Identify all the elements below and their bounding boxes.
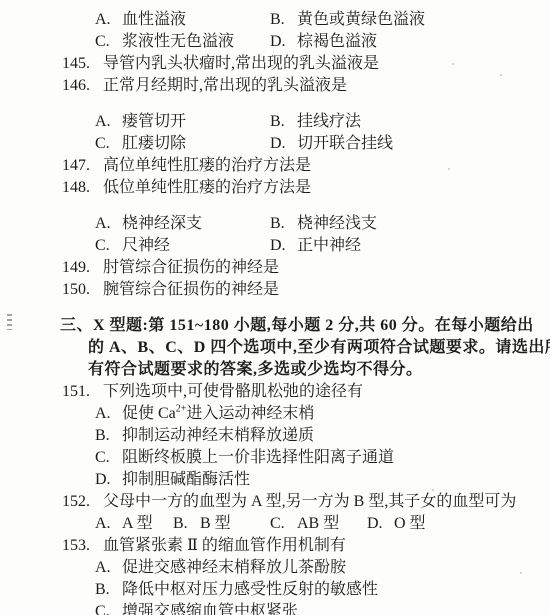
question-text: 父母中一方的血型为 A 型,另一方为 B 型,其子女的血型可为 [103,493,516,510]
option-label: A. [95,513,122,535]
option-152-b: B.B 型 [173,513,270,535]
option-text: 促进交感神经末梢释放儿茶酚胺 [122,559,346,576]
option-label: B. [270,111,297,133]
option-label: C. [95,447,122,469]
option-b: B.挂线疗法 [270,111,445,133]
question-151: 151.下列选项中,可使骨骼肌松弛的途径有 [0,381,550,403]
shared-options-row: A.血性溢液 B.黄色或黄绿色溢液 [0,9,550,31]
option-152-d: D.O 型 [367,513,426,535]
question-text: 下列选项中,可使骨骼肌松弛的途径有 [103,383,363,400]
option-c: C.肛瘘切除 [95,133,270,155]
question-number: 147. [62,155,103,177]
option-152-c: C.AB 型 [270,513,367,535]
option-text-pre: 促使 Ca [122,405,176,422]
option-text: A 型 [122,515,153,532]
option-text: 促使 Ca2+进入运动神经末梢 [122,405,314,422]
option-text: 尺神经 [122,237,170,254]
option-151-a: A.促使 Ca2+进入运动神经末梢 [0,403,550,425]
option-text: 肛瘘切除 [122,135,186,152]
option-text: 增强交感缩血管中枢紧张 [122,603,298,615]
option-label: A. [95,557,122,579]
question-146: 146.正常月经期时,常出现的乳头溢液是 [0,75,550,97]
scan-artifact [7,314,12,330]
option-label: D. [270,235,297,257]
option-151-c: C.阻断终板膜上一价非选择性阳离子通道 [0,447,550,469]
option-label: B. [270,9,297,31]
option-153-a: A.促进交感神经末梢释放儿茶酚胺 [0,557,550,579]
question-number: 145. [62,53,103,75]
options-152-row: A.A 型 B.B 型 C.AB 型 D.O 型 [0,513,550,535]
shared-options-row: A.桡神经深支 B.桡神经浅支 [0,213,550,235]
option-d: D.切开联合挂线 [270,133,445,155]
option-label: A. [95,403,122,425]
question-145: 145.导管内乳头状瘤时,常出现的乳头溢液是 [0,53,550,75]
option-text: 阻断终板膜上一价非选择性阳离子通道 [122,449,394,466]
option-text: 血性溢液 [122,11,186,28]
option-label: C. [95,31,122,53]
question-153: 153.血管紧张素 Ⅱ 的缩血管作用机制有 [0,535,550,557]
question-149: 149.肘管综合征损伤的神经是 [0,257,550,279]
option-text: 黄色或黄绿色溢液 [297,11,425,28]
option-label: D. [270,133,297,155]
option-label: B. [95,425,122,447]
page-content: A.血性溢液 B.黄色或黄绿色溢液 C.浆液性无色溢液 D.棕褐色溢液 145.… [0,0,550,615]
option-153-b: B.降低中枢对压力感受性反射的敏感性 [0,579,550,601]
question-number: 146. [62,75,103,97]
option-c: C.尺神经 [95,235,270,257]
option-text: 桡神经浅支 [297,215,377,232]
question-text: 血管紧张素 Ⅱ 的缩血管作用机制有 [103,537,346,554]
question-text: 肘管综合征损伤的神经是 [103,259,279,276]
option-text: 浆液性无色溢液 [122,33,234,50]
option-label: A. [95,213,122,235]
option-label: D. [367,513,394,535]
question-150: 150.腕管综合征损伤的神经是 [0,279,550,301]
exam-page: A.血性溢液 B.黄色或黄绿色溢液 C.浆液性无色溢液 D.棕褐色溢液 145.… [0,0,550,615]
question-text: 正常月经期时,常出现的乳头溢液是 [103,77,347,94]
question-text: 高位单纯性肛瘘的治疗方法是 [103,157,311,174]
option-a: A.瘘管切开 [95,111,270,133]
option-text: AB 型 [297,515,339,532]
option-text: 瘘管切开 [122,113,186,130]
section-header-line: 有符合试题要求的答案,多选或少选均不得分。 [0,359,550,381]
section-header-line: 三、X 型题:第 151~180 小题,每小题 2 分,共 60 分。在每小题给… [0,315,550,337]
scan-speck [452,63,454,65]
option-text: O 型 [394,515,426,532]
option-text: 降低中枢对压力感受性反射的敏感性 [122,581,378,598]
scan-speck [448,168,450,170]
option-label: A. [95,111,122,133]
shared-options-row: A.瘘管切开 B.挂线疗法 [0,111,550,133]
option-text: 正中神经 [297,237,361,254]
option-label: D. [95,469,122,491]
shared-options-row: C.肛瘘切除 D.切开联合挂线 [0,133,550,155]
option-152-a: A.A 型 [95,513,173,535]
question-number: 153. [62,535,103,557]
option-label: C. [95,601,122,615]
question-number: 152. [62,491,103,513]
question-number: 149. [62,257,103,279]
option-151-d: D.抑制胆碱酯酶活性 [0,469,550,491]
option-label: C. [270,513,297,535]
option-text: 桡神经深支 [122,215,202,232]
option-a: A.血性溢液 [95,9,270,31]
option-153-c: C.增强交感缩血管中枢紧张 [0,601,550,615]
scan-speck [432,489,434,491]
question-group-147-148: A.瘘管切开 B.挂线疗法 C.肛瘘切除 D.切开联合挂线 147.高位单纯性肛… [0,111,550,199]
option-label: B. [95,579,122,601]
option-label: C. [95,235,122,257]
question-number: 151. [62,381,103,403]
question-group-149-150: A.桡神经深支 B.桡神经浅支 C.尺神经 D.正中神经 149.肘管综合征损伤… [0,213,550,301]
section-header-line: 的 A、B、C、D 四个选项中,至少有两项符合试题要求。请选出所 [0,337,550,359]
question-text: 低位单纯性肛瘘的治疗方法是 [103,179,311,196]
question-number: 148. [62,177,103,199]
option-b: B.黄色或黄绿色溢液 [270,9,445,31]
option-a: A.桡神经深支 [95,213,270,235]
question-text: 腕管综合征损伤的神经是 [103,281,279,298]
question-number: 150. [62,279,103,301]
option-text: 切开联合挂线 [297,135,393,152]
question-147: 147.高位单纯性肛瘘的治疗方法是 [0,155,550,177]
scan-speck [500,74,502,76]
option-text: 抑制运动神经末梢释放递质 [122,427,314,444]
question-text: 导管内乳头状瘤时,常出现的乳头溢液是 [103,55,379,72]
option-label: B. [270,213,297,235]
option-label: C. [95,133,122,155]
option-text-post: 进入运动神经末梢 [186,405,314,422]
scan-speck [520,572,522,574]
option-151-b: B.抑制运动神经末梢释放递质 [0,425,550,447]
option-label: D. [270,31,297,53]
option-text: 抑制胆碱酯酶活性 [122,471,250,488]
question-152: 152.父母中一方的血型为 A 型,另一方为 B 型,其子女的血型可为 [0,491,550,513]
option-d: D.正中神经 [270,235,445,257]
superscript: 2+ [176,404,187,415]
shared-options-row: C.尺神经 D.正中神经 [0,235,550,257]
option-c: C.浆液性无色溢液 [95,31,270,53]
option-label: B. [173,513,200,535]
option-text: B 型 [200,515,231,532]
question-148: 148.低位单纯性肛瘘的治疗方法是 [0,177,550,199]
option-text: 棕褐色溢液 [297,33,377,50]
option-text: 挂线疗法 [297,113,361,130]
option-d: D.棕褐色溢液 [270,31,445,53]
option-label: A. [95,9,122,31]
section-3-x-type: 三、X 型题:第 151~180 小题,每小题 2 分,共 60 分。在每小题给… [0,315,550,615]
option-b: B.桡神经浅支 [270,213,445,235]
shared-options-row: C.浆液性无色溢液 D.棕褐色溢液 [0,31,550,53]
question-group-145-146: A.血性溢液 B.黄色或黄绿色溢液 C.浆液性无色溢液 D.棕褐色溢液 145.… [0,9,550,97]
